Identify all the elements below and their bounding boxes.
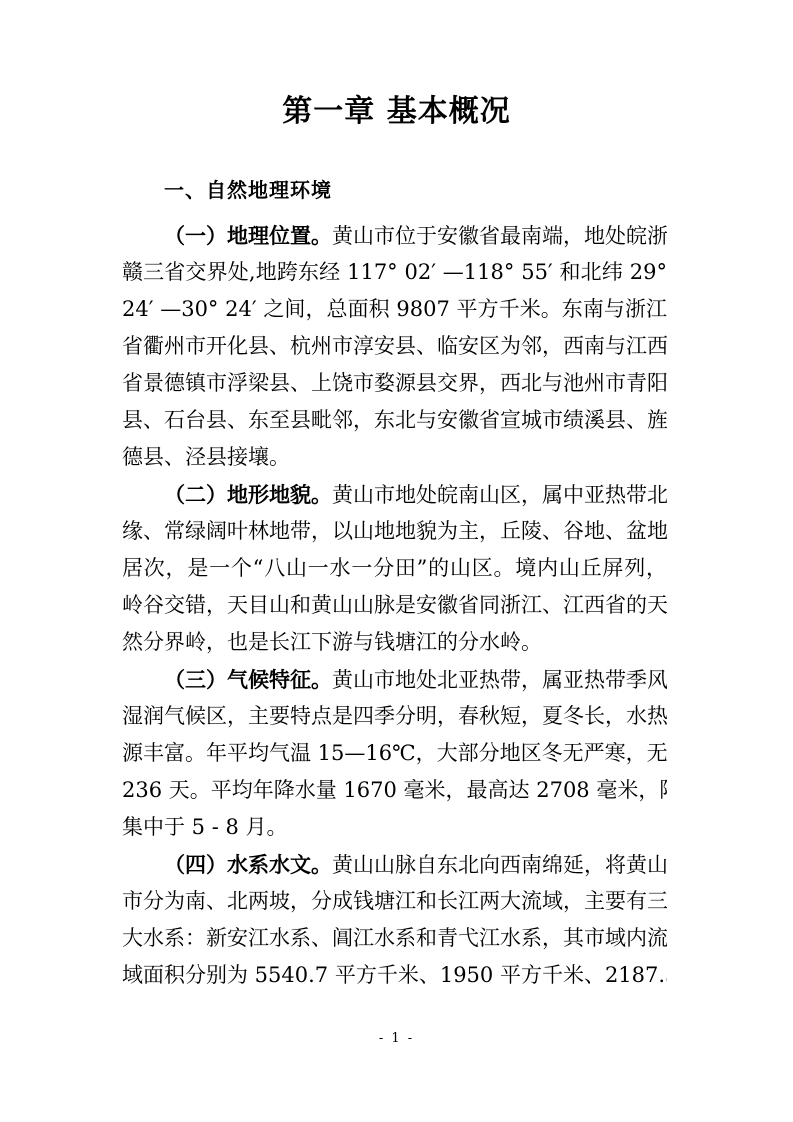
text-line: 省衢州市开化县、杭州市淳安县、临安区为邻，西南与江西 — [122, 328, 667, 365]
text-line: 大水系：新安江水系、阊江水系和青弋江水系，其市域内流 — [122, 920, 667, 957]
text-line: 省景德镇市浮梁县、上饶市婺源县交界，西北与池州市青阳 — [122, 365, 667, 402]
paragraph-text: 黄山山脉自东北向西南绵延，将黄山 — [332, 853, 667, 877]
text-line: （二）地形地貌。黄山市地处皖南山区，属中亚热带北 — [122, 476, 667, 513]
text-line: 市分为南、北两坡，分成钱塘江和长江两大流域，主要有三 — [122, 883, 667, 920]
text-line: 集中于 5 - 8 月。 — [122, 809, 667, 846]
paragraph-water-system: （四）水系水文。黄山山脉自东北向西南绵延，将黄山 市分为南、北两坡，分成钱塘江和… — [122, 846, 667, 994]
paragraph-lead: （一）地理位置。 — [164, 223, 332, 248]
paragraph-terrain: （二）地形地貌。黄山市地处皖南山区，属中亚热带北 缘、常绿阔叶林地带，以山地地貌… — [122, 476, 667, 661]
text-line: 然分界岭，也是长江下游与钱塘江的分水岭。 — [122, 624, 667, 661]
paragraph-text: 黄山市地处北亚热带，属亚热带季风 — [332, 668, 667, 692]
text-line: 缘、常绿阔叶林地带，以山地地貌为主，丘陵、谷地、盆地 — [122, 513, 667, 550]
page-number: - 1 - — [0, 1030, 793, 1048]
text-line: 岭谷交错，天目山和黄山山脉是安徽省同浙江、江西省的天 — [122, 587, 667, 624]
document-page: 第一章 基本概况 一、自然地理环境 （一）地理位置。黄山市位于安徽省最南端，地处… — [0, 0, 793, 1122]
document-title: 第一章 基本概况 — [0, 92, 793, 132]
paragraph-lead: （四）水系水文。 — [164, 852, 332, 877]
text-line: 居次，是一个“八山一水一分田”的山区。境内山丘屏列， — [122, 550, 667, 587]
text-line: 德县、泾县接壤。 — [122, 439, 667, 476]
text-line: 源丰富。年平均气温 15—16℃，大部分地区冬无严寒，无霜期 — [122, 735, 667, 772]
paragraph-text: 黄山市地处皖南山区，属中亚热带北 — [332, 483, 667, 507]
paragraph-text: 黄山市位于安徽省最南端，地处皖浙 — [332, 224, 667, 248]
text-line: 湿润气候区，主要特点是四季分明，春秋短，夏冬长，水热资 — [122, 698, 667, 735]
text-line: 域面积分别为 5540.7 平方千米、1950 平方千米、2187.3 平 — [122, 957, 667, 994]
text-line: 24′ —30° 24′ 之间，总面积 9807 平方千米。东南与浙江 — [122, 291, 667, 328]
text-line: 赣三省交界处,地跨东经 117° 02′ —118° 55′ 和北纬 29° — [122, 254, 667, 291]
document-body: （一）地理位置。黄山市位于安徽省最南端，地处皖浙 赣三省交界处,地跨东经 117… — [122, 217, 667, 994]
paragraph-lead: （三）气候特征。 — [164, 667, 332, 692]
text-line: （一）地理位置。黄山市位于安徽省最南端，地处皖浙 — [122, 217, 667, 254]
text-line: 县、石台县、东至县毗邻，东北与安徽省宣城市绩溪县、旌 — [122, 402, 667, 439]
paragraph-climate: （三）气候特征。黄山市地处北亚热带，属亚热带季风 湿润气候区，主要特点是四季分明… — [122, 661, 667, 846]
text-line: 236 天。平均年降水量 1670 毫米，最高达 2708 毫米，降水多 — [122, 772, 667, 809]
text-line: （三）气候特征。黄山市地处北亚热带，属亚热带季风 — [122, 661, 667, 698]
paragraph-lead: （二）地形地貌。 — [164, 482, 332, 507]
text-line: （四）水系水文。黄山山脉自东北向西南绵延，将黄山 — [122, 846, 667, 883]
section-heading: 一、自然地理环境 — [164, 178, 793, 202]
paragraph-geographic-location: （一）地理位置。黄山市位于安徽省最南端，地处皖浙 赣三省交界处,地跨东经 117… — [122, 217, 667, 476]
